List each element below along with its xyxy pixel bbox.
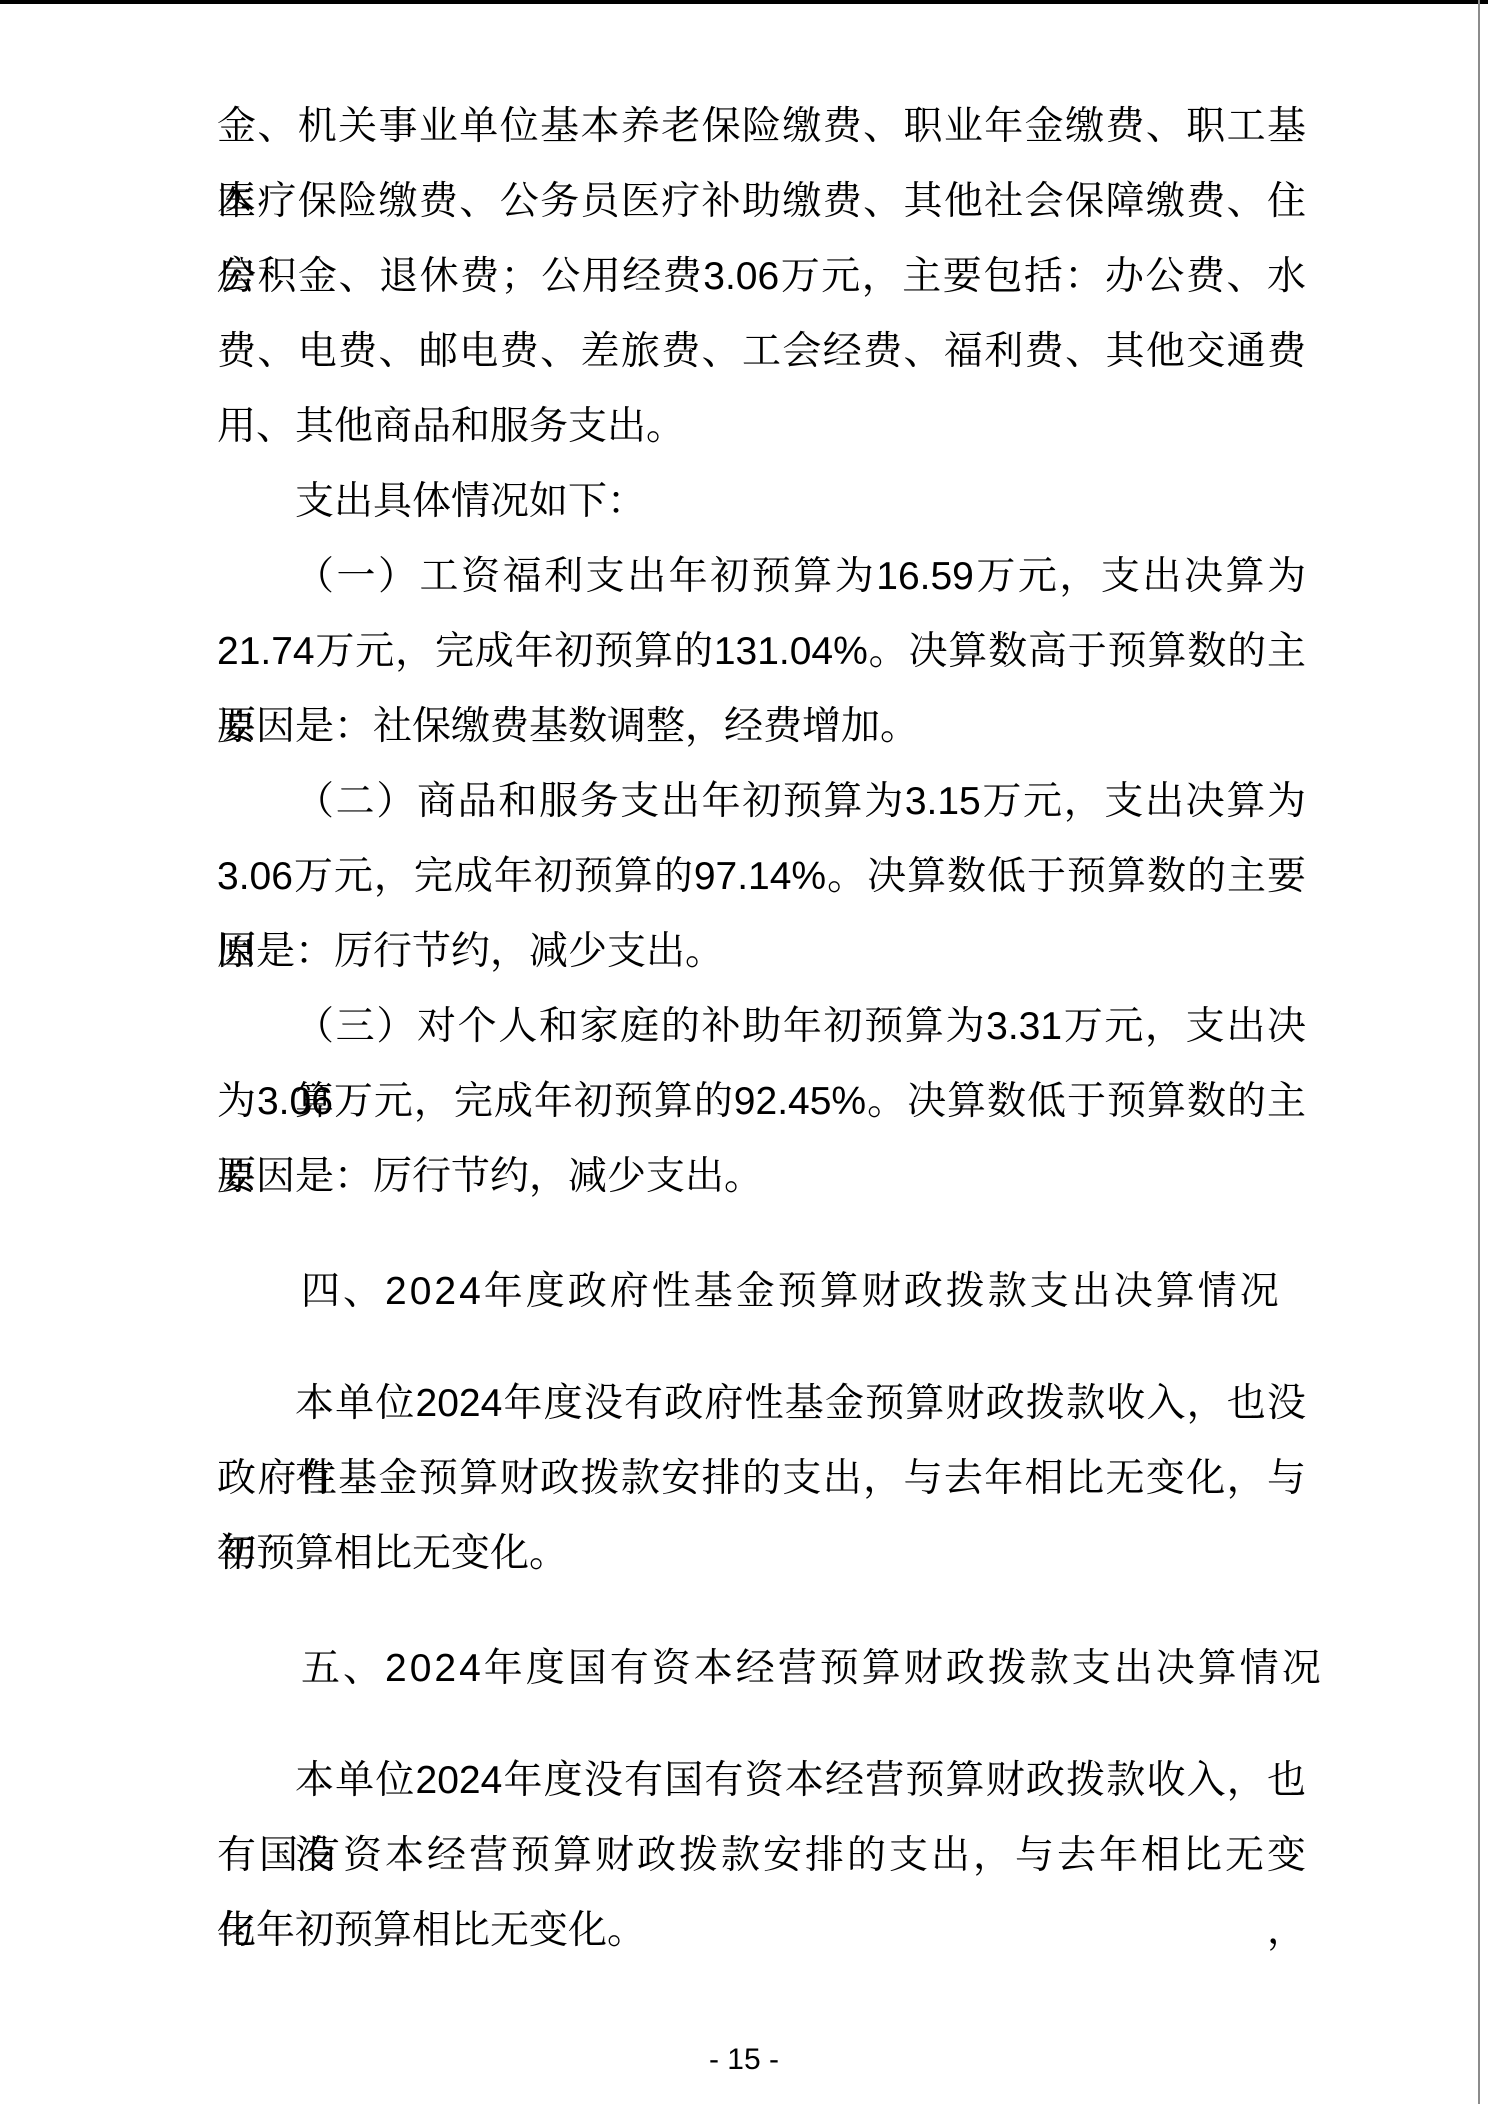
text-line: 为3.06万元，完成年初预算的92.45%。决算数低于预算数的主要 [217, 1064, 1306, 1139]
text-line: 用、其他商品和服务支出。 [217, 389, 1306, 464]
text-line: 费、电费、邮电费、差旅费、工会经费、福利费、其他交通费 [217, 314, 1306, 389]
paragraph-item-two: （二）商品和服务支出年初预算为3.15万元，支出决算为 3.06万元，完成年初预… [217, 764, 1306, 989]
text-line: 本单位2024年度没有政府性基金预算财政拨款收入，也没有 [217, 1366, 1306, 1441]
text-line: 支出具体情况如下： [217, 464, 1306, 539]
scan-artifact-top-edge [0, 0, 1488, 4]
page-number: - 15 - [0, 2045, 1488, 2075]
paragraph-item-one: （一）工资福利支出年初预算为16.59万元，支出决算为 21.74万元，完成年初… [217, 539, 1306, 764]
text-line: 金、机关事业单位基本养老保险缴费、职业年金缴费、职工基本 [217, 89, 1306, 164]
text-line: 21.74万元，完成年初预算的131.04%。决算数高于预算数的主要 [217, 614, 1306, 689]
section-four-heading: 四、2024年度政府性基金预算财政拨款支出决算情况 [217, 1254, 1306, 1329]
text-line: 有国有资本经营预算财政拨款安排的支出，与去年相比无变化， [217, 1818, 1306, 1893]
text-line: 公积金、退休费；公用经费3.06万元，主要包括：办公费、水 [217, 239, 1306, 314]
text-line: 原因是：厉行节约，减少支出。 [217, 1139, 1306, 1214]
scan-artifact-right-edge [1478, 0, 1480, 2104]
text-line: （一）工资福利支出年初预算为16.59万元，支出决算为 [217, 539, 1306, 614]
text-line: 医疗保险缴费、公务员医疗补助缴费、其他社会保障缴费、住房 [217, 164, 1306, 239]
text-line: 本单位2024年度没有国有资本经营预算财政拨款收入，也没 [217, 1743, 1306, 1818]
document-page: 金、机关事业单位基本养老保险缴费、职业年金缴费、职工基本 医疗保险缴费、公务员医… [0, 0, 1488, 2104]
paragraph-intro: 支出具体情况如下： [217, 464, 1306, 539]
text-line: （二）商品和服务支出年初预算为3.15万元，支出决算为 [217, 764, 1306, 839]
section-five-heading: 五、2024年度国有资本经营预算财政拨款支出决算情况 [217, 1631, 1306, 1706]
paragraph-continued: 金、机关事业单位基本养老保险缴费、职业年金缴费、职工基本 医疗保险缴费、公务员医… [217, 89, 1306, 464]
text-line: 原因是：社保缴费基数调整，经费增加。 [217, 689, 1306, 764]
text-line: 3.06万元，完成年初预算的97.14%。决算数低于预算数的主要原 [217, 839, 1306, 914]
paragraph-item-three: （三）对个人和家庭的补助年初预算为3.31万元，支出决算 为3.06万元，完成年… [217, 989, 1306, 1214]
text-line: 政府性基金预算财政拨款安排的支出，与去年相比无变化，与年 [217, 1441, 1306, 1516]
section-five-paragraph: 本单位2024年度没有国有资本经营预算财政拨款收入，也没 有国有资本经营预算财政… [217, 1743, 1306, 1968]
document-body: 金、机关事业单位基本养老保险缴费、职业年金缴费、职工基本 医疗保险缴费、公务员医… [217, 89, 1306, 1968]
text-line: 因是：厉行节约，减少支出。 [217, 914, 1306, 989]
section-four-paragraph: 本单位2024年度没有政府性基金预算财政拨款收入，也没有 政府性基金预算财政拨款… [217, 1366, 1306, 1591]
text-line: 初预算相比无变化。 [217, 1516, 1306, 1591]
text-line: （三）对个人和家庭的补助年初预算为3.31万元，支出决算 [217, 989, 1306, 1064]
